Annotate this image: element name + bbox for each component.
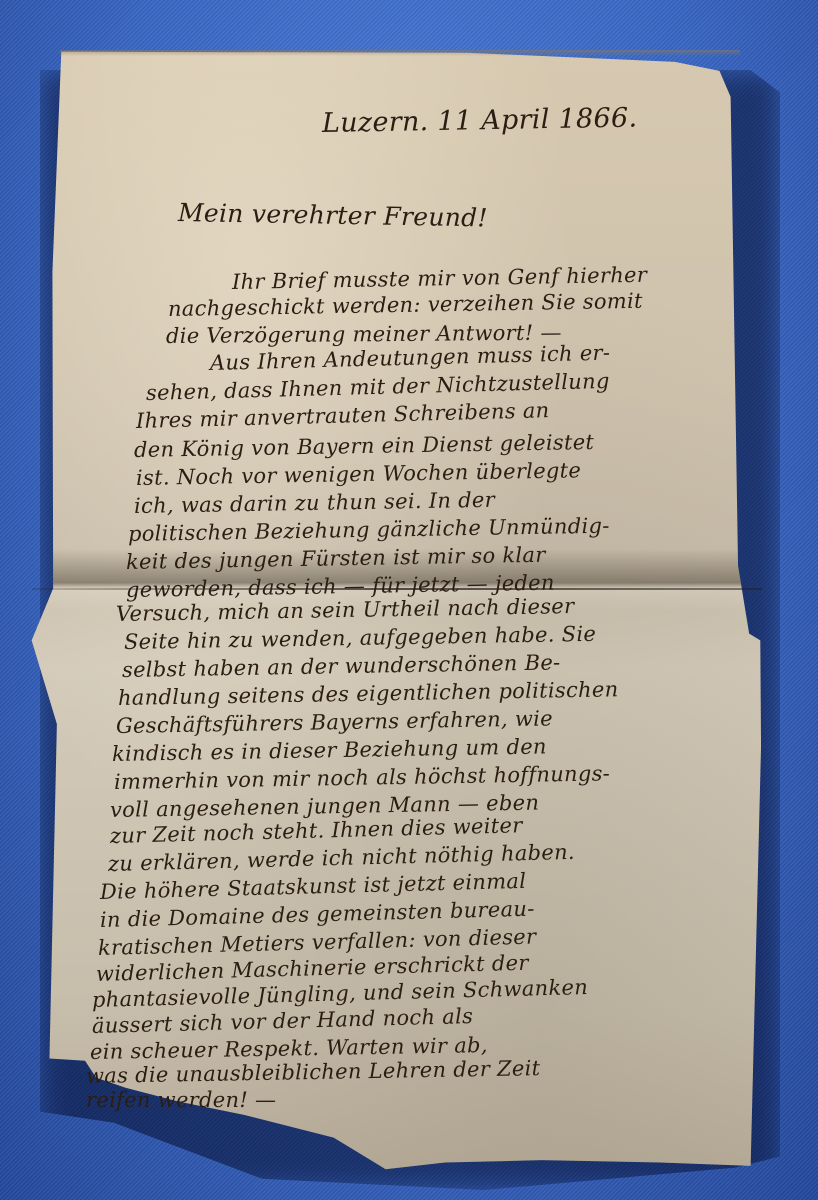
letter-line: politischen Beziehung gänzliche Unmündig… [128, 516, 610, 545]
letter-line: ich, was darin zu thun sei. In der [134, 490, 495, 517]
handwritten-letter: Luzern. 11 April 1866. Mein verehrter Fr… [0, 0, 818, 1200]
letter-line: ist. Noch vor wenigen Wochen überlegte [136, 460, 582, 489]
letter-line: Geschäftsführers Bayerns erfahren, wie [116, 708, 553, 737]
letter-line: Versuch, mich an sein Urtheil nach diese… [116, 596, 575, 625]
letter-salutation: Mein verehrter Freund! [178, 198, 488, 232]
letter-line: den König von Bayern ein Dienst geleiste… [134, 432, 595, 461]
letter-line: immerhin von mir noch als höchst hoffnun… [114, 763, 610, 793]
letter-line: nachgeschickt werden: verzeihen Sie somi… [168, 291, 643, 320]
letter-line: kindisch es in dieser Beziehung um den [112, 736, 547, 765]
letter-line: handlung seitens des eigentlichen politi… [118, 679, 619, 709]
letter-line: reifen werden! — [86, 1090, 276, 1111]
letter-line: Ihres mir anvertrauten Schreibens an [136, 400, 550, 432]
letter-place-date: Luzern. 11 April 1866. [322, 102, 638, 138]
letter-line: äussert sich vor der Hand noch als [92, 1006, 474, 1037]
letter-line: keit des jungen Fürsten ist mir so klar [126, 545, 546, 573]
letter-line: was die unausbleiblichen Lehren der Zeit [86, 1058, 541, 1087]
letter-line: Aus Ihren Andeutungen muss ich er- [210, 343, 611, 374]
letter-line: selbst haben an der wunderschönen Be- [122, 652, 561, 681]
letter-line: Seite hin zu wenden, aufgegeben habe. Si… [124, 624, 596, 653]
